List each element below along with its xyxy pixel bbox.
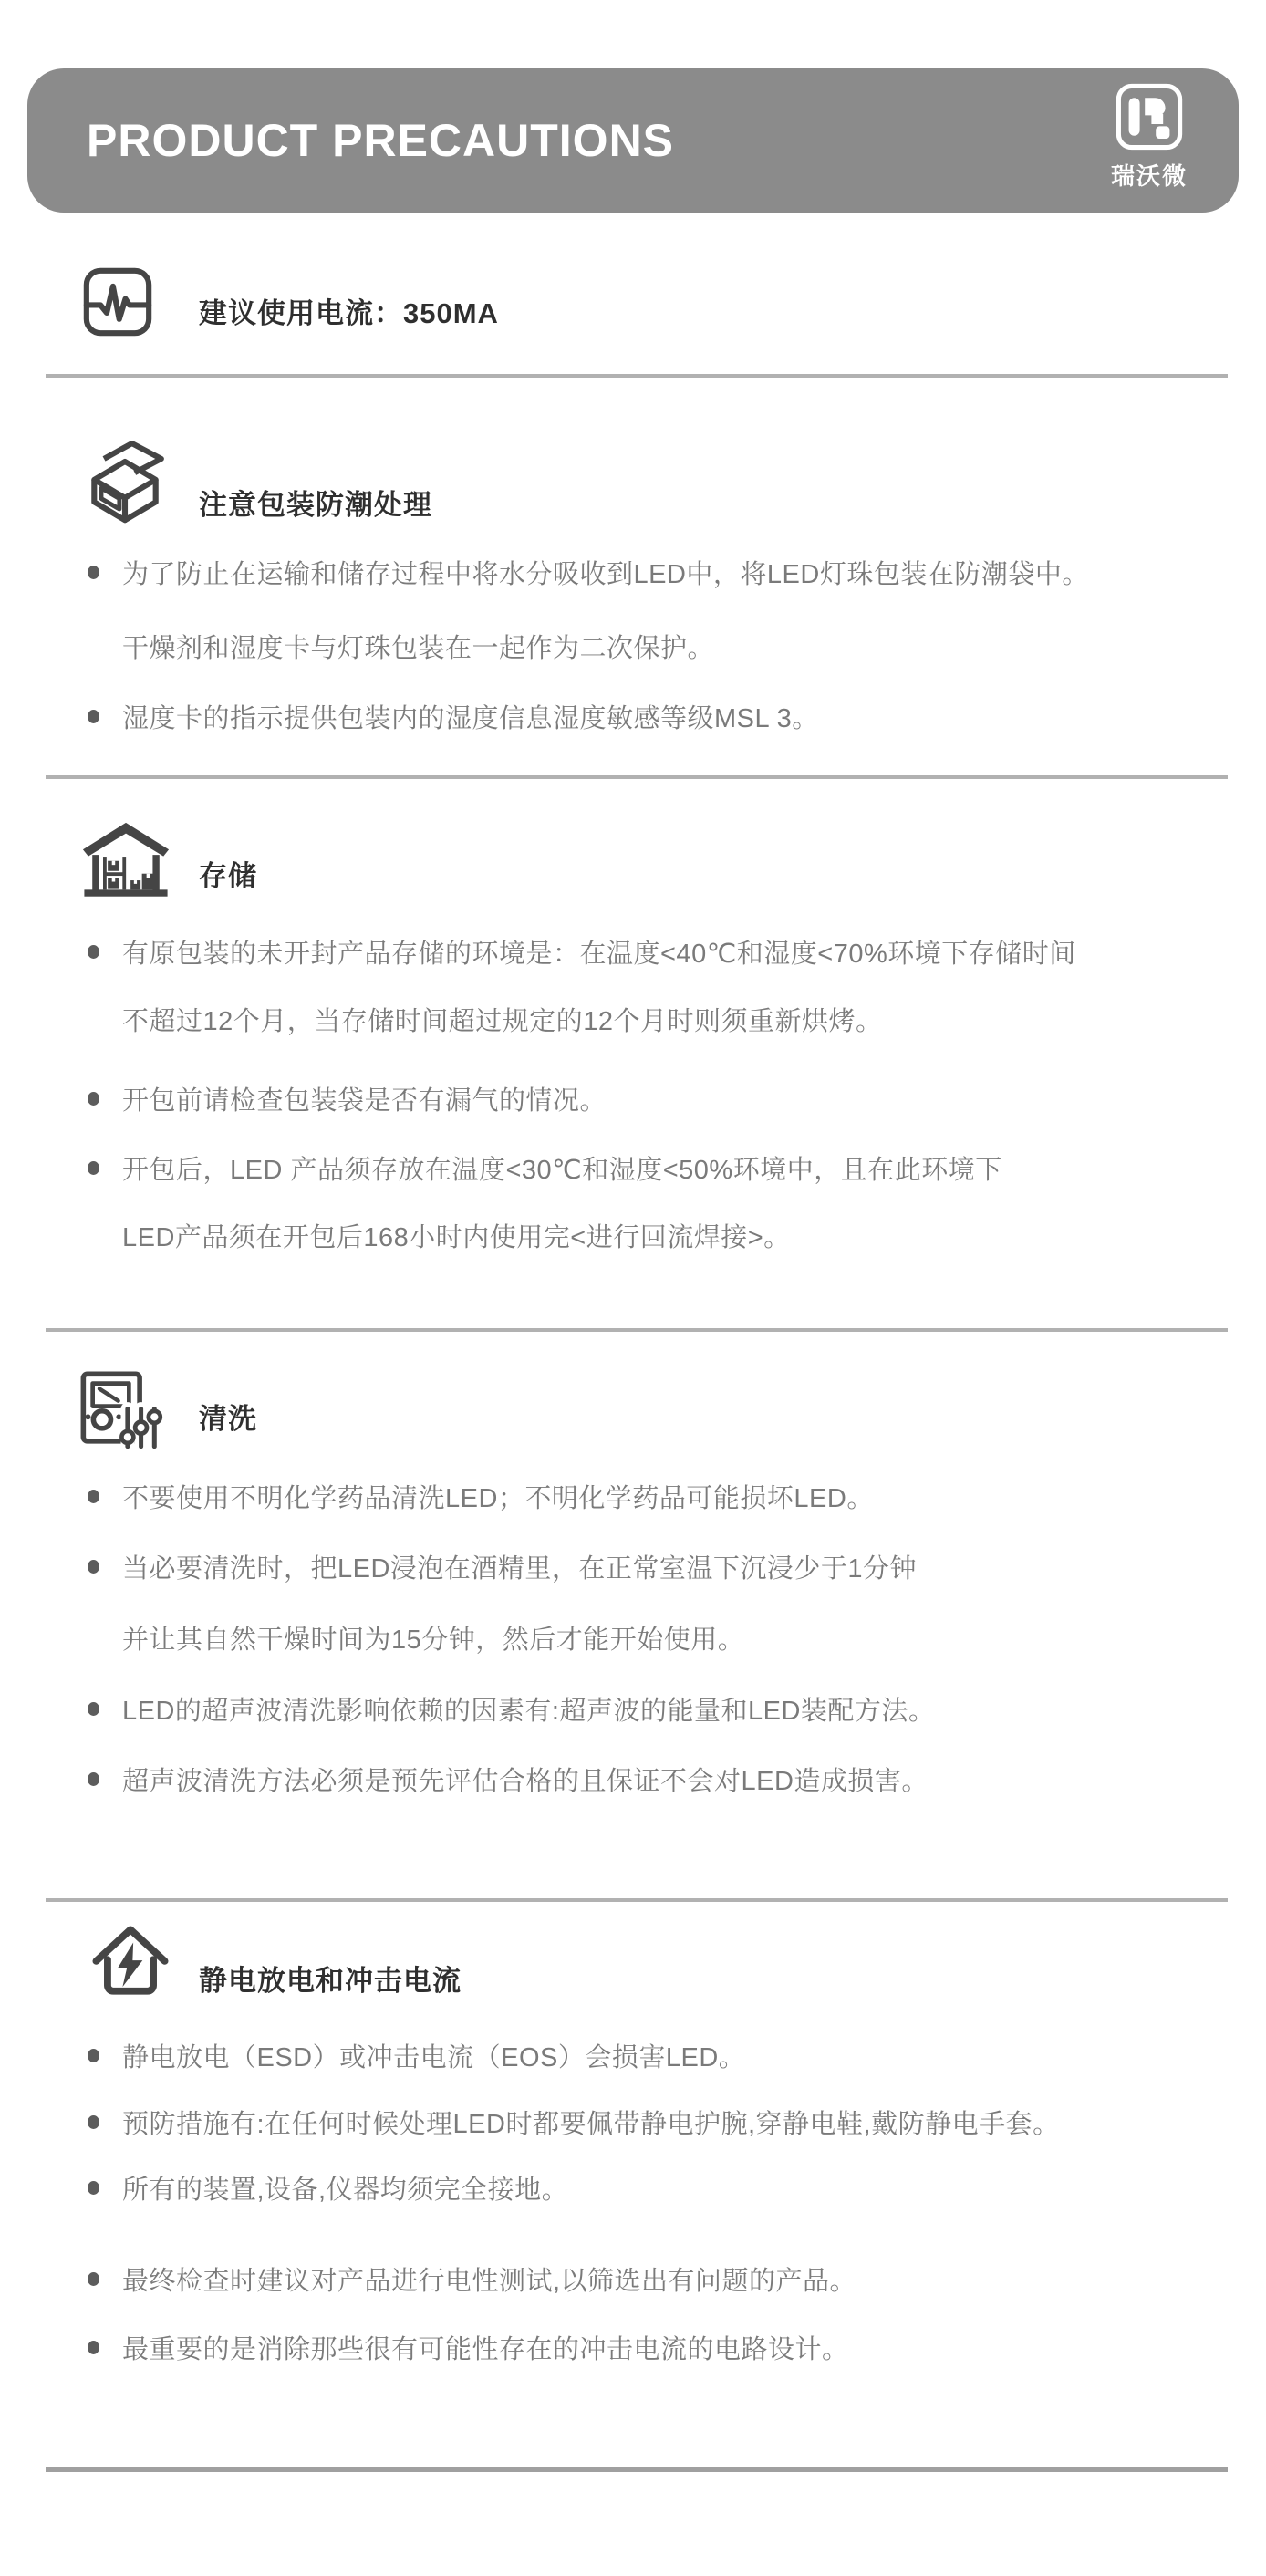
bullet-line: 超声波清洗方法必须是预先评估合格的且保证不会对LED造成损害。 <box>88 1761 1239 1797</box>
bullet-line: 为了防止在运输和储存过程中将水分吸收到LED中，将LED灯珠包装在防潮袋中。 <box>88 554 1239 590</box>
warehouse-icon <box>80 821 171 899</box>
page-title: PRODUCT PRECAUTIONS <box>87 68 674 213</box>
bullet-text: 有原包装的未开封产品存储的环境是：在温度<40℃和湿度<70%环境下存储时间 <box>122 933 1076 971</box>
bullet-line: 干燥剂和湿度卡与灯珠包装在一起作为二次保护。 <box>122 628 1239 664</box>
document-page: PRODUCT PRECAUTIONS 瑞沃微 建议使用电流：350MA 注意 <box>0 0 1266 2576</box>
bullet-line: 有原包装的未开封产品存储的环境是：在温度<40℃和湿度<70%环境下存储时间 <box>88 933 1239 970</box>
section-title-storage: 存储 <box>199 853 257 893</box>
bullet-text: 不超过12个月，当存储时间超过规定的12个月时则须重新烘烤。 <box>122 1001 883 1038</box>
brand-logo-text: 瑞沃微 <box>1111 158 1188 192</box>
bullet-line: 湿度卡的指示提供包装内的湿度信息湿度敏感等级MSL 3。 <box>88 698 1239 734</box>
bullet-line: 预防措施有:在任何时候处理LED时都要佩带静电护腕,穿静电鞋,戴防静电手套。 <box>88 2103 1239 2140</box>
bullet-dot <box>88 1092 99 1106</box>
bullet-text: 预防措施有:在任何时候处理LED时都要佩带静电护腕,穿静电鞋,戴防静电手套。 <box>122 2103 1060 2141</box>
bullet-line: 当必要清洗时，把LED浸泡在酒精里，在正常室温下沉浸少于1分钟 <box>88 1548 1239 1584</box>
bullet-dot <box>88 566 99 579</box>
cleaning-icon <box>77 1368 168 1452</box>
bullet-text: LED产品须在开包后168小时内使用完<进行回流焊接>。 <box>122 1217 791 1254</box>
bullet-line: 开包前请检查包装袋是否有漏气的情况。 <box>88 1080 1239 1117</box>
bullet-dot <box>88 2049 99 2062</box>
brand-logo-icon <box>1113 80 1186 153</box>
bullet-dot <box>88 945 99 959</box>
bullet-text: 开包后，LED 产品须存放在温度<30℃和湿度<50%环境中，且在此环境下 <box>122 1149 1002 1187</box>
bullet-dot <box>88 2341 99 2354</box>
bullet-line: LED的超声波清洗影响依赖的因素有:超声波的能量和LED装配方法。 <box>88 1690 1239 1727</box>
bullet-text: 最重要的是消除那些很有可能性存在的冲击电流的电路设计。 <box>122 2329 849 2366</box>
bullet-dot <box>88 1490 99 1503</box>
bullet-dot <box>88 2181 99 2195</box>
pulse-icon <box>80 265 155 339</box>
bullet-dot <box>88 2115 99 2129</box>
bullet-text: 所有的装置,设备,仪器均须完全接地。 <box>122 2169 568 2207</box>
section-divider <box>46 775 1228 779</box>
brand-logo: 瑞沃微 <box>1105 80 1193 192</box>
bullet-text: 并让其自然干燥时间为15分钟，然后才能开始使用。 <box>122 1619 744 1657</box>
bullet-text: 为了防止在运输和储存过程中将水分吸收到LED中，将LED灯珠包装在防潮袋中。 <box>122 554 1089 591</box>
section-title-esd: 静电放电和冲击电流 <box>199 1958 462 1998</box>
bullet-text: 干燥剂和湿度卡与灯珠包装在一起作为二次保护。 <box>122 628 714 665</box>
header-bar: PRODUCT PRECAUTIONS 瑞沃微 <box>27 68 1239 213</box>
bullet-text: 最终检查时建议对产品进行电性测试,以筛选出有问题的产品。 <box>122 2260 856 2298</box>
section-title-current: 建议使用电流：350MA <box>199 290 499 330</box>
section-divider <box>46 1328 1228 1332</box>
bullet-dot <box>88 710 99 723</box>
bullet-text: 湿度卡的指示提供包装内的湿度信息湿度敏感等级MSL 3。 <box>122 698 819 735</box>
bullet-text: 超声波清洗方法必须是预先评估合格的且保证不会对LED造成损害。 <box>122 1761 929 1798</box>
bullet-line: 并让其自然干燥时间为15分钟，然后才能开始使用。 <box>122 1619 1239 1656</box>
bullet-text: 开包前请检查包装袋是否有漏气的情况。 <box>122 1080 607 1117</box>
bullet-text: 静电放电（ESD）或冲击电流（EOS）会损害LED。 <box>122 2037 745 2074</box>
bullet-line: 不要使用不明化学药品清洗LED；不明化学药品可能损坏LED。 <box>88 1478 1239 1514</box>
bullet-line: LED产品须在开包后168小时内使用完<进行回流焊接>。 <box>122 1217 1239 1253</box>
bullet-text: 不要使用不明化学药品清洗LED；不明化学药品可能损坏LED。 <box>122 1478 874 1515</box>
bullet-line: 开包后，LED 产品须存放在温度<30℃和湿度<50%环境中，且在此环境下 <box>88 1149 1239 1186</box>
bullet-line: 所有的装置,设备,仪器均须完全接地。 <box>88 2169 1239 2206</box>
section-divider <box>46 374 1228 378</box>
bullet-line: 不超过12个月，当存储时间超过规定的12个月时则须重新烘烤。 <box>122 1001 1239 1037</box>
bullet-line: 最终检查时建议对产品进行电性测试,以筛选出有问题的产品。 <box>88 2260 1239 2297</box>
bullet-dot <box>88 1161 99 1175</box>
bullet-line: 最重要的是消除那些很有可能性存在的冲击电流的电路设计。 <box>88 2329 1239 2365</box>
bullet-line: 静电放电（ESD）或冲击电流（EOS）会损害LED。 <box>88 2037 1239 2073</box>
section-divider <box>46 1898 1228 1902</box>
bullet-dot <box>88 2272 99 2286</box>
bullet-text: 当必要清洗时，把LED浸泡在酒精里，在正常室温下沉浸少于1分钟 <box>122 1548 917 1585</box>
bullet-dot <box>88 1560 99 1574</box>
bullet-dot <box>88 1772 99 1786</box>
esd-icon <box>88 1919 173 2009</box>
bullet-dot <box>88 1702 99 1716</box>
section-title-moisture: 注意包装防潮处理 <box>199 482 432 522</box>
bottom-divider <box>46 2467 1228 2472</box>
package-icon <box>80 438 170 533</box>
section-title-cleaning: 清洗 <box>199 1396 257 1436</box>
bullet-text: LED的超声波清洗影响依赖的因素有:超声波的能量和LED装配方法。 <box>122 1690 935 1728</box>
